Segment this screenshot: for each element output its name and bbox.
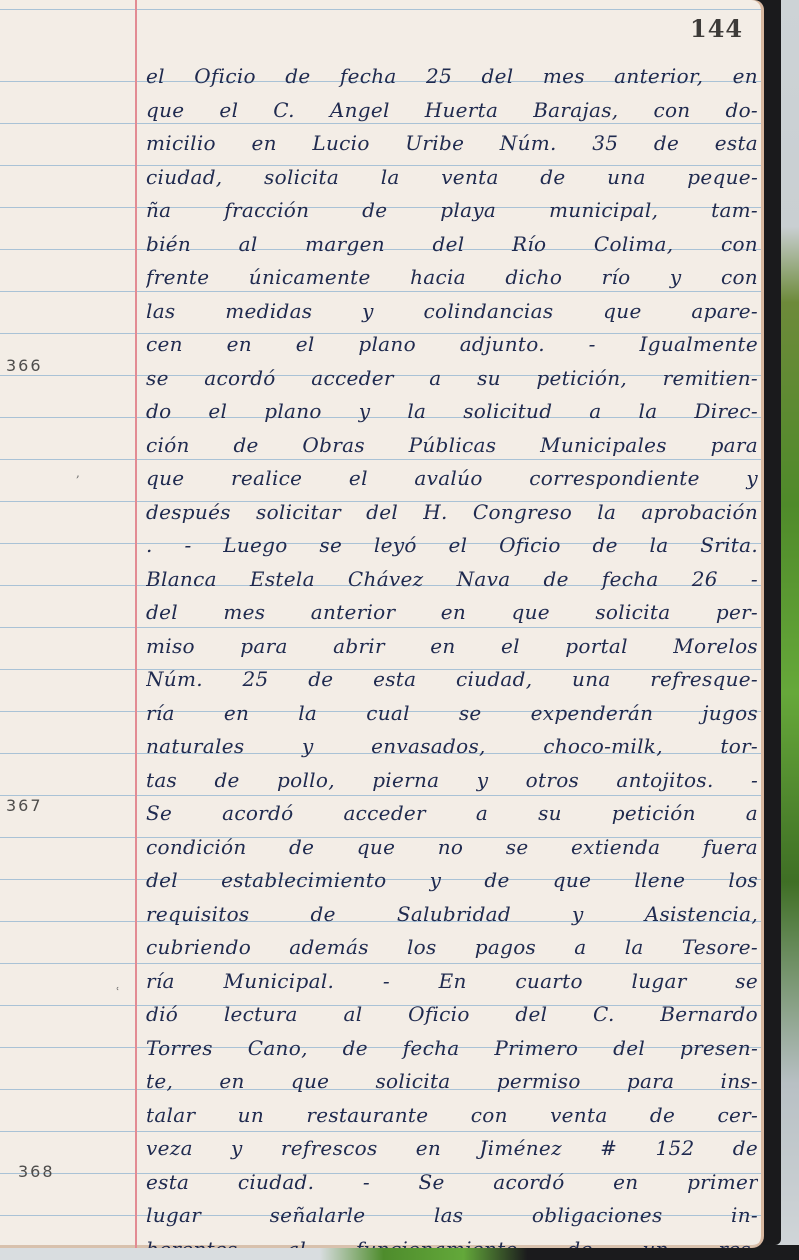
text-line: ción de Obras Públicas Municipales para <box>146 429 758 463</box>
text-line: cen en el plano adjunto. - Igualmente <box>146 328 758 362</box>
text-line: esta ciudad. - Se acordó en primer <box>146 1166 758 1200</box>
margin-note-367: 367 <box>6 796 43 815</box>
margin-note-368: 368 <box>18 1162 55 1181</box>
text-line: micilio en Lucio Uribe Núm. 35 de esta <box>146 127 758 161</box>
text-line: talar un restaurante con venta de cer- <box>146 1099 758 1133</box>
margin-rule <box>135 0 137 1248</box>
text-line: te, en que solicita permiso para ins- <box>146 1065 758 1099</box>
text-line: ría Municipal. - En cuarto lugar se <box>146 965 758 999</box>
text-line: que realice el avalúo correspondiente y <box>146 462 758 496</box>
text-line: del establecimiento y de que llene los <box>146 864 758 898</box>
text-line: naturales y envasados, choco-milk, tor- <box>146 730 758 764</box>
text-line: después solicitar del H. Congreso la apr… <box>146 496 758 530</box>
text-line: Torres Cano, de fecha Primero del presen… <box>146 1032 758 1066</box>
text-line: se acordó acceder a su petición, remitie… <box>146 362 758 396</box>
text-line: el Oficio de fecha 25 del mes anterior, … <box>146 60 758 94</box>
text-line: bién al margen del Río Colima, con <box>146 228 758 262</box>
text-line: tas de pollo, pierna y otros antojitos. … <box>146 764 758 798</box>
text-line: veza y refrescos en Jiménez # 152 de <box>146 1132 758 1166</box>
text-line: del mes anterior en que solicita per- <box>146 596 758 630</box>
text-line: cubriendo además los pagos a la Tesore- <box>146 931 758 965</box>
text-line: Blanca Estela Chávez Nava de fecha 26 - <box>146 563 758 597</box>
text-line: ciudad, solicita la venta de una peque- <box>146 161 758 195</box>
text-line: Núm. 25 de esta ciudad, una refresque- <box>146 663 758 697</box>
text-line: Se acordó acceder a su petición a <box>146 797 758 831</box>
text-line: condición de que no se extienda fuera <box>146 831 758 865</box>
text-line: herentes al funcionamiento de un res- <box>146 1233 758 1249</box>
text-line: requisitos de Salubridad y Asistencia, <box>146 898 758 932</box>
text-line: . - Luego se leyó el Oficio de la Srita. <box>146 529 758 563</box>
text-line: lugar señalarle las obligaciones in- <box>146 1199 758 1233</box>
margin-note-366: 366 <box>6 356 43 375</box>
text-line: do el plano y la solicitud a la Direc- <box>146 395 758 429</box>
page-number: 144 <box>690 14 743 43</box>
text-line: dió lectura al Oficio del C. Bernardo <box>146 998 758 1032</box>
text-line: miso para abrir en el portal Morelos <box>146 630 758 664</box>
text-line: las medidas y colindancias que apare- <box>146 295 758 329</box>
text-line: frente únicamente hacia dicho río y con <box>146 261 758 295</box>
handwritten-body: el Oficio de fecha 25 del mes anterior, … <box>146 60 758 1248</box>
text-line: que el C. Angel Huerta Barajas, con do- <box>146 94 758 128</box>
pencil-mark: , <box>76 466 80 480</box>
text-line: ña fracción de playa municipal, tam- <box>146 194 758 228</box>
text-line: ría en la cual se expenderán jugos <box>146 697 758 731</box>
pencil-mark: ʿ <box>116 985 120 999</box>
ledger-page: 144 366 367 368 , ʿ el Oficio de fecha 2… <box>0 0 764 1248</box>
